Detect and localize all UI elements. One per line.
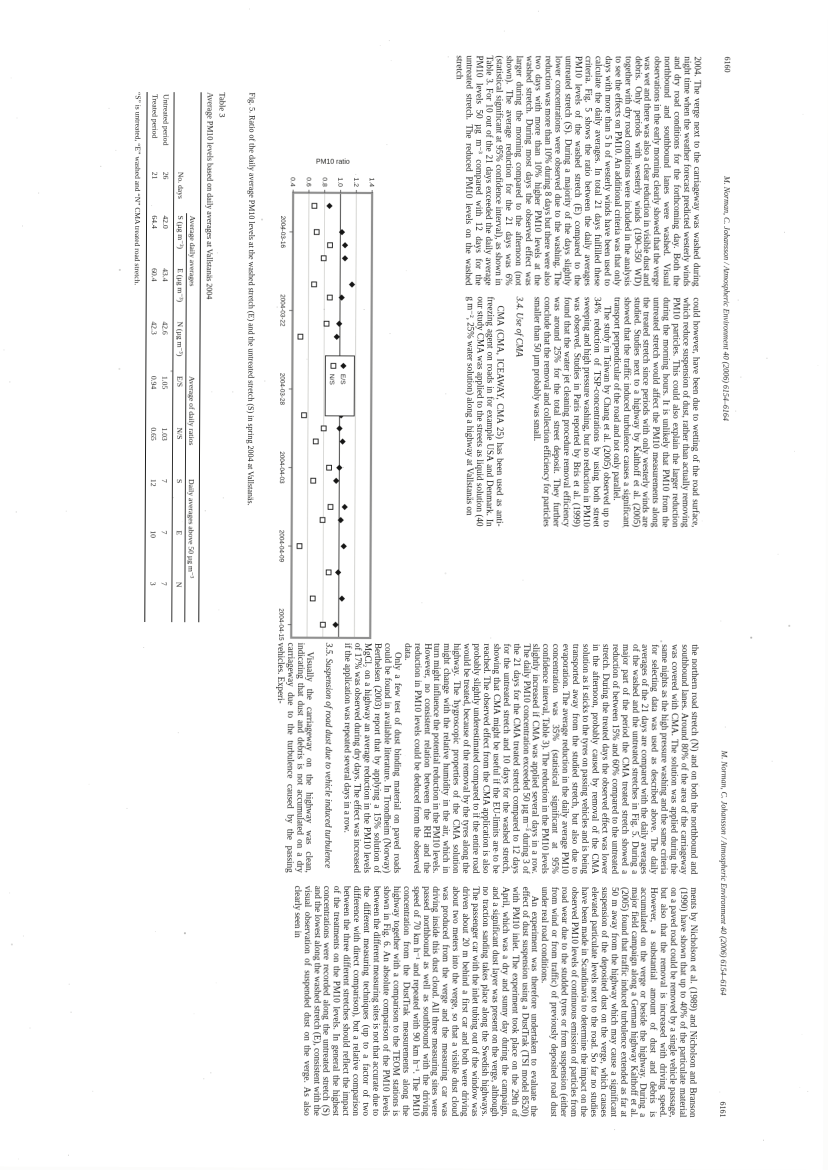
column-header: S (µg m⁻³)	[173, 214, 186, 267]
scan-noise-speck	[445, 393, 446, 394]
x-tick-label: 2004-04-15	[277, 608, 284, 641]
scan-noise-speck	[784, 232, 785, 233]
scan-noise-speck	[118, 368, 120, 370]
paragraph: The study in Taiwan by Chang et al. (200…	[531, 297, 611, 527]
text-column-p6161-right: ments by Nicholson et al. (1989) and Nic…	[47, 885, 698, 1118]
y-tick-label: 1.4	[368, 178, 375, 188]
column-header: N	[172, 580, 185, 622]
page-number: 6161	[718, 1102, 727, 1118]
data-point-square-ns	[321, 256, 326, 261]
data-point-square-ns	[312, 203, 317, 208]
column-group-header: Average daily averages	[186, 214, 201, 375]
data-point-diamond-es	[339, 229, 345, 235]
scan-noise-speck	[22, 225, 23, 226]
scanned-page-viewport: 6160 M. Norman, C. Johansson / Atmospher…	[0, 0, 828, 1170]
table-cell: 7	[159, 477, 173, 528]
scan-noise-speck	[740, 377, 741, 378]
scan-noise-speck	[444, 572, 446, 574]
scan-noise-speck	[109, 108, 110, 109]
table-cell: 64.4	[146, 213, 160, 266]
x-tick-label: 2004-03-22	[279, 294, 286, 327]
scan-noise-speck	[448, 56, 449, 57]
data-point-square-ns	[311, 478, 316, 483]
data-point-diamond-es	[326, 203, 332, 209]
scan-noise-speck	[406, 270, 407, 271]
scan-noise-speck	[766, 358, 767, 359]
scan-noise-speck	[807, 1091, 808, 1092]
paragraph: An experiment was therefore undertaken t…	[291, 886, 540, 1117]
paragraph: Only a few test of dust binding material…	[342, 643, 402, 873]
scan-noise-speck	[119, 269, 121, 271]
x-tick-label: 2004-03-16	[279, 216, 286, 249]
y-tick-label: 0.4	[289, 177, 296, 187]
table-cell: 10	[145, 528, 159, 579]
section-heading: 3.5. Suspension of road dust due to vehi…	[323, 643, 334, 873]
table-cell: 26	[160, 170, 174, 214]
scan-noise-speck	[389, 40, 390, 41]
text-column-p6160-right: could however, have been due to wetting …	[464, 296, 701, 527]
scan-noise-speck	[249, 8, 250, 9]
scan-noise-speck	[3, 349, 4, 350]
scan-noise-speck	[9, 381, 10, 382]
paragraph: Visually the carriageway on the highway …	[274, 643, 315, 873]
paragraph: could however, have been due to wetting …	[611, 297, 701, 527]
table-cell: 60.4	[146, 266, 160, 319]
paragraph: CMA (CMA, ICEAWAY, CMA 25) has been used…	[464, 296, 505, 526]
gridline	[307, 193, 309, 638]
table-caption: Average PM10 levels based on daily avera…	[203, 92, 214, 622]
table-cell: 42.3	[146, 319, 160, 374]
scan-noise-speck	[232, 391, 233, 392]
data-point-square-ns	[328, 243, 333, 248]
data-point-square-ns	[314, 230, 319, 235]
column-header	[174, 92, 187, 170]
data-point-square-ns	[310, 596, 315, 601]
column-header: E/S	[173, 374, 186, 426]
paragraph: 2004. The verge next to the carriageway …	[453, 55, 702, 286]
data-point-diamond-es	[336, 425, 342, 431]
section-heading: 3.4. Use of CMA	[512, 297, 523, 527]
table-cell: 0.65	[145, 425, 159, 477]
text-column-p6160-left: 2004. The verge next to the carriageway …	[453, 55, 702, 286]
x-tick-label: 2004-04-03	[278, 451, 285, 484]
table-cell: 42.6	[159, 319, 173, 374]
data-point-square-ns	[297, 544, 302, 549]
legend-square-icon	[331, 363, 336, 368]
text-column-p6161-left: the northern road stretch (N) and on bot…	[48, 642, 699, 875]
table-cell: 1.03	[159, 425, 173, 477]
table-cell: 42.0	[160, 213, 174, 266]
scan-noise-speck	[30, 1028, 31, 1029]
x-tick-label: 2004-03-28	[278, 373, 285, 406]
scan-noise-speck	[11, 77, 12, 78]
data-point-diamond-es	[342, 242, 348, 248]
table-cell: 43.4	[160, 266, 174, 319]
column-group-header: Daily averages above 50 µg m⁻³	[185, 477, 200, 622]
y-tick-label: 1.2	[352, 177, 359, 187]
data-point-square-ns	[302, 413, 307, 418]
scan-noise-speck	[750, 637, 752, 639]
scan-noise-speck	[23, 935, 24, 936]
data-point-diamond-es	[342, 504, 348, 510]
scan-noise-speck	[115, 150, 116, 151]
scan-noise-speck	[702, 520, 703, 521]
data-point-square-ns	[324, 321, 329, 326]
column-group-header	[187, 92, 202, 213]
journal-spread-sheet: 6160 M. Norman, C. Johansson / Atmospher…	[0, 0, 828, 1170]
x-tick-label: 2004-04-09	[278, 530, 285, 563]
table-label: Table 3	[215, 92, 227, 622]
data-point-diamond-es	[332, 622, 338, 628]
data-point-diamond-es	[333, 478, 339, 484]
scan-noise-speck	[660, 640, 662, 642]
scan-noise-speck	[380, 45, 381, 46]
table-3: Table 3 Average PM10 levels based on dai…	[124, 92, 228, 622]
data-point-square-ns	[320, 622, 325, 627]
table-cell: 7	[158, 580, 172, 622]
scan-noise-speck	[720, 621, 721, 622]
scan-noise-speck	[9, 892, 10, 893]
y-tick-label: 0.8	[320, 177, 327, 187]
table-cell: 1.05	[159, 374, 173, 426]
page-header-6160: 6160 M. Norman, C. Johansson / Atmospher…	[721, 57, 732, 525]
table-3-grid: Average daily averagesAverage of daily r…	[144, 92, 201, 622]
column-header: E	[172, 529, 185, 580]
scan-noise-speck	[16, 511, 17, 512]
data-point-square-ns	[321, 426, 326, 431]
column-header: N/S	[172, 426, 185, 478]
data-point-diamond-es	[339, 596, 345, 602]
column-header: S	[172, 477, 185, 528]
scan-noise-speck	[391, 60, 392, 61]
data-point-diamond-es	[336, 321, 342, 327]
data-point-square-ns	[327, 465, 332, 470]
gridline	[354, 193, 356, 638]
scan-noise-speck	[794, 451, 795, 452]
data-point-square-ns	[312, 282, 317, 287]
scan-noise-speck	[614, 1129, 615, 1130]
scan-noise-speck	[390, 333, 391, 334]
scan-noise-speck	[788, 625, 790, 627]
table-cell: 12	[145, 477, 159, 528]
data-point-square-ns	[326, 570, 331, 575]
data-point-diamond-es	[339, 294, 345, 300]
scan-noise-speck	[68, 1155, 69, 1156]
data-point-diamond-es	[336, 465, 342, 471]
scan-noise-speck	[490, 638, 491, 639]
running-head: M. Norman, C. Johansson / Atmospheric En…	[721, 73, 732, 525]
scan-noise-speck	[16, 117, 17, 118]
scan-noise-speck	[772, 761, 773, 762]
data-point-square-ns	[313, 439, 318, 444]
scan-noise-speck	[735, 411, 736, 412]
scan-noise-speck	[504, 31, 505, 32]
scan-noise-speck	[38, 193, 39, 194]
page-number: 6160	[723, 57, 732, 73]
paragraph: ments by Nicholson et al. (1989) and Nic…	[539, 887, 699, 1118]
table-cell: Treated period	[147, 92, 161, 170]
data-point-square-ns	[328, 505, 333, 510]
column-group-header: Average of daily ratios	[185, 374, 199, 477]
data-point-square-ns	[298, 334, 303, 339]
y-tick-label: 1.0	[336, 177, 343, 187]
pm10-ratio-scatter-chart: 0.40.60.81.01.21.4PM10 ratio2004-03-1620…	[258, 138, 386, 659]
scan-noise-speck	[538, 11, 539, 12]
data-point-diamond-es	[342, 255, 348, 261]
scan-noise-speck	[18, 1158, 19, 1159]
column-header: No. days	[174, 170, 187, 214]
scan-noise-speck	[799, 1087, 800, 1088]
running-head: M. Norman, C. Johansson / Atmospheric En…	[718, 645, 729, 1102]
data-point-diamond-es	[338, 517, 344, 523]
legend-label: N/S	[328, 374, 335, 386]
data-point-diamond-es	[349, 281, 355, 287]
data-point-square-ns	[320, 518, 325, 523]
table-footnote: “S” is untreated, “E” washed and “N” CMA…	[131, 92, 142, 622]
scan-noise-speck	[66, 511, 67, 512]
data-point-diamond-es	[334, 334, 340, 340]
scan-noise-speck	[11, 943, 13, 945]
table-cell: Untreated period	[160, 92, 174, 170]
table-row: Treated period2164.460.442.30.940.651210…	[145, 92, 161, 622]
figure-5-chart: 0.40.60.81.01.21.4PM10 ratio2004-03-1620…	[253, 138, 386, 659]
scan-noise-speck	[817, 365, 818, 366]
y-axis-title: PM10 ratio	[316, 159, 350, 166]
table-cell: 0.94	[146, 374, 160, 426]
table-row: Untreated period2642.043.442.61.051.0377…	[158, 92, 174, 622]
table-cell: 3	[145, 580, 159, 622]
data-point-diamond-es	[335, 569, 341, 575]
y-tick-label: 0.6	[305, 177, 312, 187]
scan-noise-speck	[778, 554, 779, 555]
legend-label: E/S	[339, 374, 346, 385]
data-point-square-ns	[327, 295, 332, 300]
scan-noise-speck	[738, 300, 739, 301]
data-point-diamond-es	[341, 543, 347, 549]
column-header: E (µg m⁻³)	[173, 266, 186, 319]
scan-noise-speck	[763, 1140, 764, 1141]
column-header: N (µg m⁻³)	[173, 320, 186, 375]
page-header-6161: M. Norman, C. Johansson / Atmospheric En…	[718, 645, 729, 1118]
table-cell: 21	[147, 170, 161, 214]
scan-noise-speck	[100, 166, 101, 167]
scan-noise-speck	[802, 114, 803, 115]
scan-noise-speck	[386, 144, 387, 145]
data-point-diamond-es	[340, 438, 346, 444]
scan-noise-speck	[522, 580, 523, 581]
scan-noise-speck	[801, 1034, 802, 1035]
scan-noise-speck	[421, 602, 422, 603]
paragraph: the northern road stretch (N) and on bot…	[401, 643, 699, 874]
chart-legend-box	[325, 356, 354, 416]
table-cell: 7	[158, 528, 172, 579]
